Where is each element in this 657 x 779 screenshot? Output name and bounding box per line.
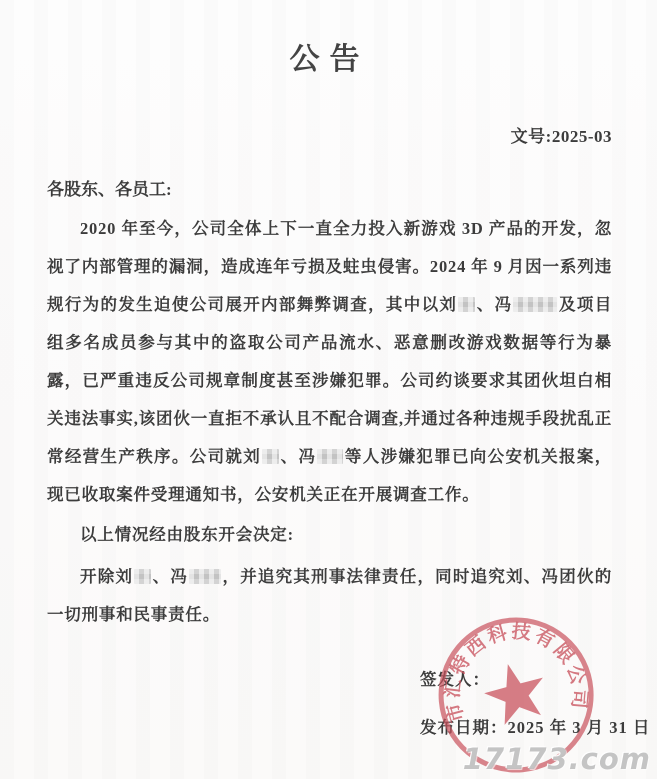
text-segment: 、冯 [476,295,512,314]
text-segment: 、冯 [280,447,316,466]
text-segment: 及项目组多名成员参与其中的盗取公司产品流水、恶意删改游戏数据等行为暴露，已严重违… [47,295,612,466]
watermark-17173: 17173.com [463,742,651,776]
body-paragraphs: 2020 年至今，公司全体上下一直全力投入新游戏 3D 产品的开发，忽视了内部管… [47,210,612,634]
seal-star-icon [478,656,552,728]
announcement-document: 公告 文号:2025-03 各股东、各员工: 2020 年至今，公司全体上下一直… [0,0,657,779]
document-title: 公告 [47,34,612,78]
document-number: 文号:2025-03 [47,122,612,147]
redacted-name [262,449,279,464]
salutation: 各股东、各员工: [47,175,612,200]
paragraph-2: 以上情况经由股东开会决定: [47,516,612,554]
text-segment: 开除刘 [80,567,133,586]
redacted-name [317,449,343,464]
document-content: 公告 文号:2025-03 各股东、各员工: 2020 年至今，公司全体上下一直… [0,34,657,634]
redacted-name [458,297,475,312]
redacted-name [513,297,557,312]
text-segment: 、冯 [152,567,188,586]
redacted-name [134,569,151,584]
redacted-name [189,569,221,584]
paragraph-1: 2020 年至今，公司全体上下一直全力投入新游戏 3D 产品的开发，忽视了内部管… [47,210,612,514]
text-segment: 以上情况经由股东开会决定: [80,525,294,544]
